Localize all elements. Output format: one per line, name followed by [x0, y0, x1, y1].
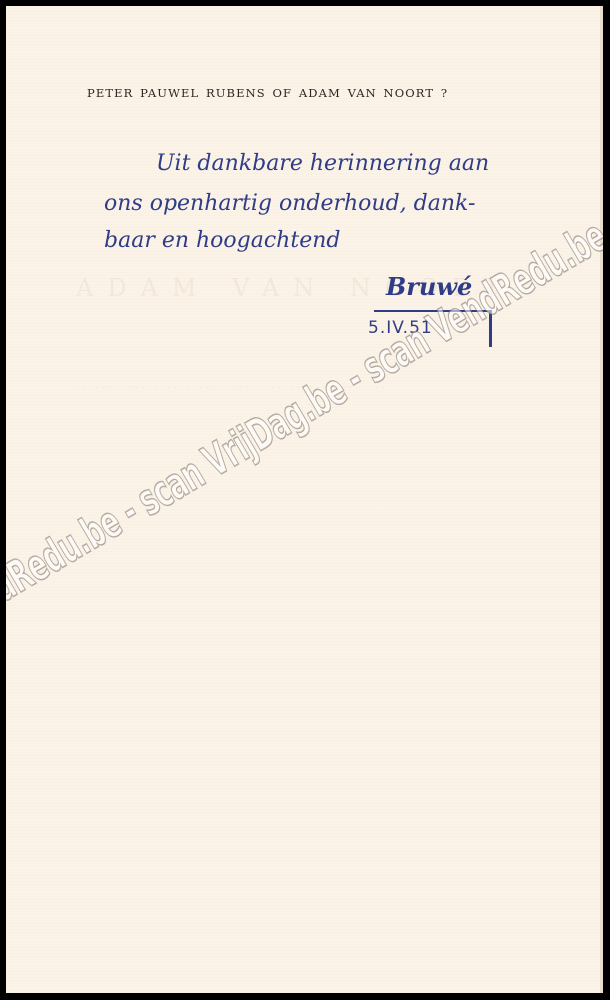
page-edge [600, 6, 603, 993]
watermark: ndRedu.be - scan VrijDag.be - scan VendR… [6, 211, 603, 622]
running-head: PETER PAUWEL RUBENS OF ADAM VAN NOORT ? [87, 86, 448, 100]
inscription-line-3: baar en hoogachtend [104, 228, 340, 253]
inscription-line-2: ons openhartig onderhoud, dank- [104, 191, 475, 216]
book-page: PETER PAUWEL RUBENS OF ADAM VAN NOORT ? … [6, 6, 603, 993]
inscription-line-1: Uit dankbare herinnering aan [156, 151, 489, 176]
